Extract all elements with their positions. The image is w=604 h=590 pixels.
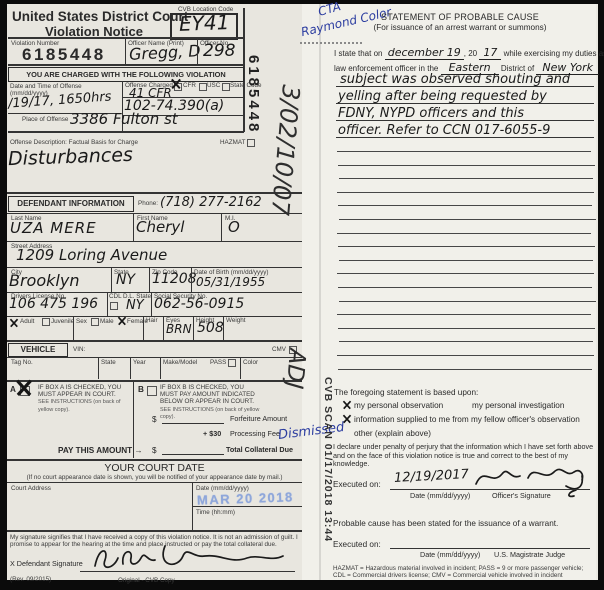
- vertical-violation-number: 6185448: [245, 55, 262, 134]
- pass-label: PASS: [210, 359, 226, 366]
- ruled-line: [338, 328, 595, 329]
- ssn-value: 062-56-0915: [154, 296, 244, 312]
- tag-label: Tag No.: [11, 359, 33, 366]
- divider-line: [192, 506, 302, 507]
- divider-line: [130, 357, 131, 379]
- revision-label: (Rev. 09/2015): [10, 576, 51, 583]
- make-model-label: Make/Model: [163, 359, 197, 366]
- defendant-info-header: DEFENDANT INFORMATION: [8, 196, 134, 212]
- charged-banner: YOU ARE CHARGED WITH THE FOLLOWING VIOLA…: [8, 67, 244, 82]
- ruled-line: [338, 246, 595, 247]
- divider-line: [7, 357, 302, 358]
- divider-line: [80, 571, 295, 572]
- court-date-header: YOUR COURT DATE: [7, 462, 302, 474]
- divider-line: [240, 357, 241, 379]
- personal-investigation-label: my personal investigation: [472, 401, 564, 411]
- divider-line: [125, 38, 126, 64]
- divider-line: [7, 241, 302, 242]
- divider-line: [7, 340, 302, 342]
- ruled-line: [339, 260, 593, 261]
- city-value: Brooklyn: [9, 271, 79, 290]
- statecode-checkbox: [222, 83, 230, 91]
- statement-handwriting-3: FDNY, NYPD officers and this: [338, 106, 524, 121]
- processing-fee-label: Processing Fee: [230, 430, 280, 439]
- usc-label: USC: [207, 82, 220, 89]
- fill-year: 17: [479, 46, 501, 60]
- ruled-line: [337, 273, 594, 274]
- court-time-label: Time (hh:mm): [196, 509, 235, 516]
- divider-line: [193, 316, 194, 340]
- offense-description-value: Disturbances: [8, 144, 134, 170]
- cdl-checkbox: [110, 302, 118, 310]
- ruled-line: [339, 178, 593, 179]
- divider-line: [191, 267, 192, 292]
- officer-number-value: 298: [203, 41, 235, 61]
- statement-p1b: , 20: [464, 49, 477, 58]
- street-value: 1209 Loring Avenue: [16, 246, 167, 264]
- court-address-label: Court Address: [11, 485, 51, 492]
- box-a-smallprint: SEE INSTRUCTIONS (on back of yellow copy…: [38, 399, 121, 412]
- divider-line: [336, 120, 594, 121]
- pay-this-amount-label: PAY THIS AMOUNT →: [58, 446, 143, 456]
- ruled-line: [337, 151, 591, 152]
- divider-line: [7, 530, 302, 532]
- divider-line: [111, 267, 112, 292]
- legend-line-2: CDL = Commercial drivers license; CMV = …: [333, 572, 563, 579]
- court-date-note: (If no court appearance date is shown, y…: [7, 474, 302, 481]
- dob-value: 05/31/1955: [196, 275, 265, 289]
- form-title: United States District Court: [12, 9, 176, 24]
- ruled-line: [337, 314, 591, 315]
- divider-line: [8, 64, 244, 66]
- phone-label: Phone:: [138, 200, 158, 207]
- ruled-line: [338, 287, 592, 288]
- officer-name-value: Gregg, D: [129, 41, 202, 64]
- statement-handwriting-4: officer. Refer to CCN 017-6055-9: [338, 123, 550, 138]
- scan-edge: [0, 580, 604, 590]
- height-value: 508: [197, 320, 224, 336]
- fellow-officer-mark: [343, 415, 352, 424]
- adult-label: Adult: [20, 318, 34, 325]
- state-value: NY: [116, 272, 135, 288]
- divider-line: [143, 316, 144, 340]
- female-label: Female: [127, 318, 148, 325]
- personal-observation-label: my personal observation: [354, 401, 443, 411]
- divider-line: [7, 267, 302, 268]
- divider-line: [8, 131, 244, 133]
- adult-checked-mark: [10, 319, 19, 328]
- statement-p1c: while exercising my duties as a: [504, 49, 604, 58]
- ruled-line: [339, 341, 593, 342]
- copy-label: Original - CVB Copy: [118, 577, 175, 584]
- box-b-text: IF BOX B IS CHECKED, YOU MUST PAY AMOUNT…: [160, 384, 255, 405]
- fellow-officer-label: information supplied to me from my fello…: [354, 415, 580, 425]
- officer-signature-label: Officer's Signature: [492, 492, 551, 501]
- divider-line: [73, 316, 74, 340]
- cvb-location-value: EY41: [179, 10, 230, 36]
- divider-line: [122, 97, 243, 98]
- statement-title: STATEMENT OF PROBABLE CAUSE: [330, 12, 590, 22]
- hair-label: Hair: [146, 317, 158, 324]
- scan-edge: [598, 0, 604, 590]
- defendant-signature-label: X Defendant Signature: [10, 560, 83, 569]
- executed-on-label-2: Executed on:: [333, 540, 381, 550]
- defendant-signature: [85, 540, 290, 574]
- mi-value: O: [228, 218, 240, 236]
- ruled-line: [338, 369, 592, 370]
- ruled-line: [338, 165, 595, 166]
- juvenile-checkbox: [42, 318, 50, 326]
- drivers-license-value: 106 475 196: [9, 296, 98, 312]
- place-of-offense-value: 3386 Fulton st: [70, 110, 178, 128]
- divider-line: [7, 459, 302, 461]
- other-explain-label: other (explain above): [354, 429, 431, 439]
- divider-line: [163, 316, 164, 340]
- divider-line: [149, 267, 150, 292]
- vehicle-header: VEHICLE: [8, 343, 68, 357]
- sex-label: Sex: [76, 318, 87, 325]
- hazmat-label: HAZMAT: [220, 139, 245, 146]
- vehicle-state-label: State: [101, 359, 116, 366]
- place-of-offense-label: Place of Offense: [22, 116, 68, 123]
- divider-line: [336, 86, 594, 87]
- last-name-value: UZA MERE: [10, 219, 97, 237]
- forfeiture-dollar: $: [152, 415, 157, 425]
- ruled-line: [337, 192, 594, 193]
- violation-number-value: 6185448: [22, 45, 106, 65]
- divider-line: [390, 489, 590, 490]
- weight-label: Weight: [226, 317, 245, 324]
- hazmat-checkbox: [247, 139, 255, 147]
- divider-line: [7, 482, 302, 483]
- fill-date: december 19: [385, 46, 464, 60]
- processing-fee-amount: + $30: [203, 430, 221, 439]
- forfeiture-label: Forfeiture Amount: [230, 415, 287, 424]
- total-dollar: $: [152, 446, 157, 456]
- cdl-label: CDL: [109, 293, 122, 300]
- divider-line: [7, 192, 302, 194]
- divider-line: [98, 357, 99, 379]
- probable-cause-line: Probable cause has been stated for the i…: [333, 519, 558, 529]
- box-b-checkbox: [147, 386, 157, 396]
- ruled-line: [337, 355, 594, 356]
- magistrate-judge-label: U.S. Magistrate Judge: [494, 551, 565, 560]
- pass-checkbox: [228, 359, 236, 367]
- first-name-value: Cheryl: [136, 218, 184, 236]
- divider-line: [162, 454, 224, 455]
- divider-line: [133, 213, 134, 241]
- zip-value: 11208: [152, 271, 197, 287]
- female-checked-mark: [118, 317, 127, 326]
- color-label: Color: [243, 359, 258, 366]
- usc-checkbox: [199, 83, 207, 91]
- divider-line: [162, 423, 224, 424]
- box-a-checked-mark: [16, 380, 32, 396]
- divider-line: [336, 137, 594, 138]
- dl-state-value: NY: [126, 298, 144, 313]
- statement-subtitle: (For issuance of an arrest warrant or su…: [330, 23, 590, 33]
- divider-line: [160, 357, 161, 379]
- statement-handwriting-1: subject was observed shouting and: [340, 72, 570, 87]
- box-b-letter: B: [138, 385, 144, 395]
- ruled-line: [339, 219, 596, 220]
- juvenile-label: Juvenile: [51, 318, 74, 325]
- divider-line: [7, 213, 302, 214]
- ruled-line: [337, 233, 591, 234]
- based-upon-label: The foregoing statement is based upon:: [334, 388, 478, 398]
- personal-observation-mark: [343, 401, 352, 410]
- male-label: Male: [100, 318, 114, 325]
- divider-line: [336, 103, 594, 104]
- divider-line: [7, 380, 302, 382]
- executed-on-label-1: Executed on:: [333, 480, 381, 490]
- box-a-text: IF BOX A IS CHECKED, YOU MUST APPEAR IN …: [38, 384, 121, 398]
- divider-line: [390, 548, 590, 549]
- cfr-label: CFR: [183, 82, 196, 89]
- scan-edge: [0, 0, 7, 590]
- ruled-line: [338, 205, 592, 206]
- divider-line: [221, 213, 222, 241]
- divider-line: [223, 316, 224, 340]
- divider-line: [151, 292, 152, 316]
- ruled-line: [339, 301, 596, 302]
- divider-line: [197, 38, 198, 64]
- year-label: Year: [133, 359, 146, 366]
- page-fold: [319, 4, 321, 580]
- cfr-checked-mark: [171, 79, 181, 89]
- total-collateral-label: Total Collateral Due: [226, 446, 293, 455]
- divider-line: [107, 292, 108, 316]
- scan-edge: [0, 0, 604, 4]
- statement-p1a: I state that on: [334, 49, 382, 58]
- scanned-violation-notice: United States District Court Violation N…: [0, 0, 604, 590]
- eyes-value: BRN: [166, 322, 192, 336]
- rotated-adj-note: ADJ: [281, 348, 310, 390]
- statement-handwriting-2: yelling after being requested by: [338, 89, 547, 104]
- exec-date-label-2: Date (mm/dd/yyyy): [420, 551, 480, 560]
- dotted-separator: [300, 38, 362, 44]
- phone-value: (718) 277-2162: [160, 195, 262, 210]
- vin-label: VIN:: [73, 346, 85, 353]
- exec-date-label-1: Date (mm/dd/yyyy): [410, 492, 470, 501]
- male-checkbox: [91, 318, 99, 326]
